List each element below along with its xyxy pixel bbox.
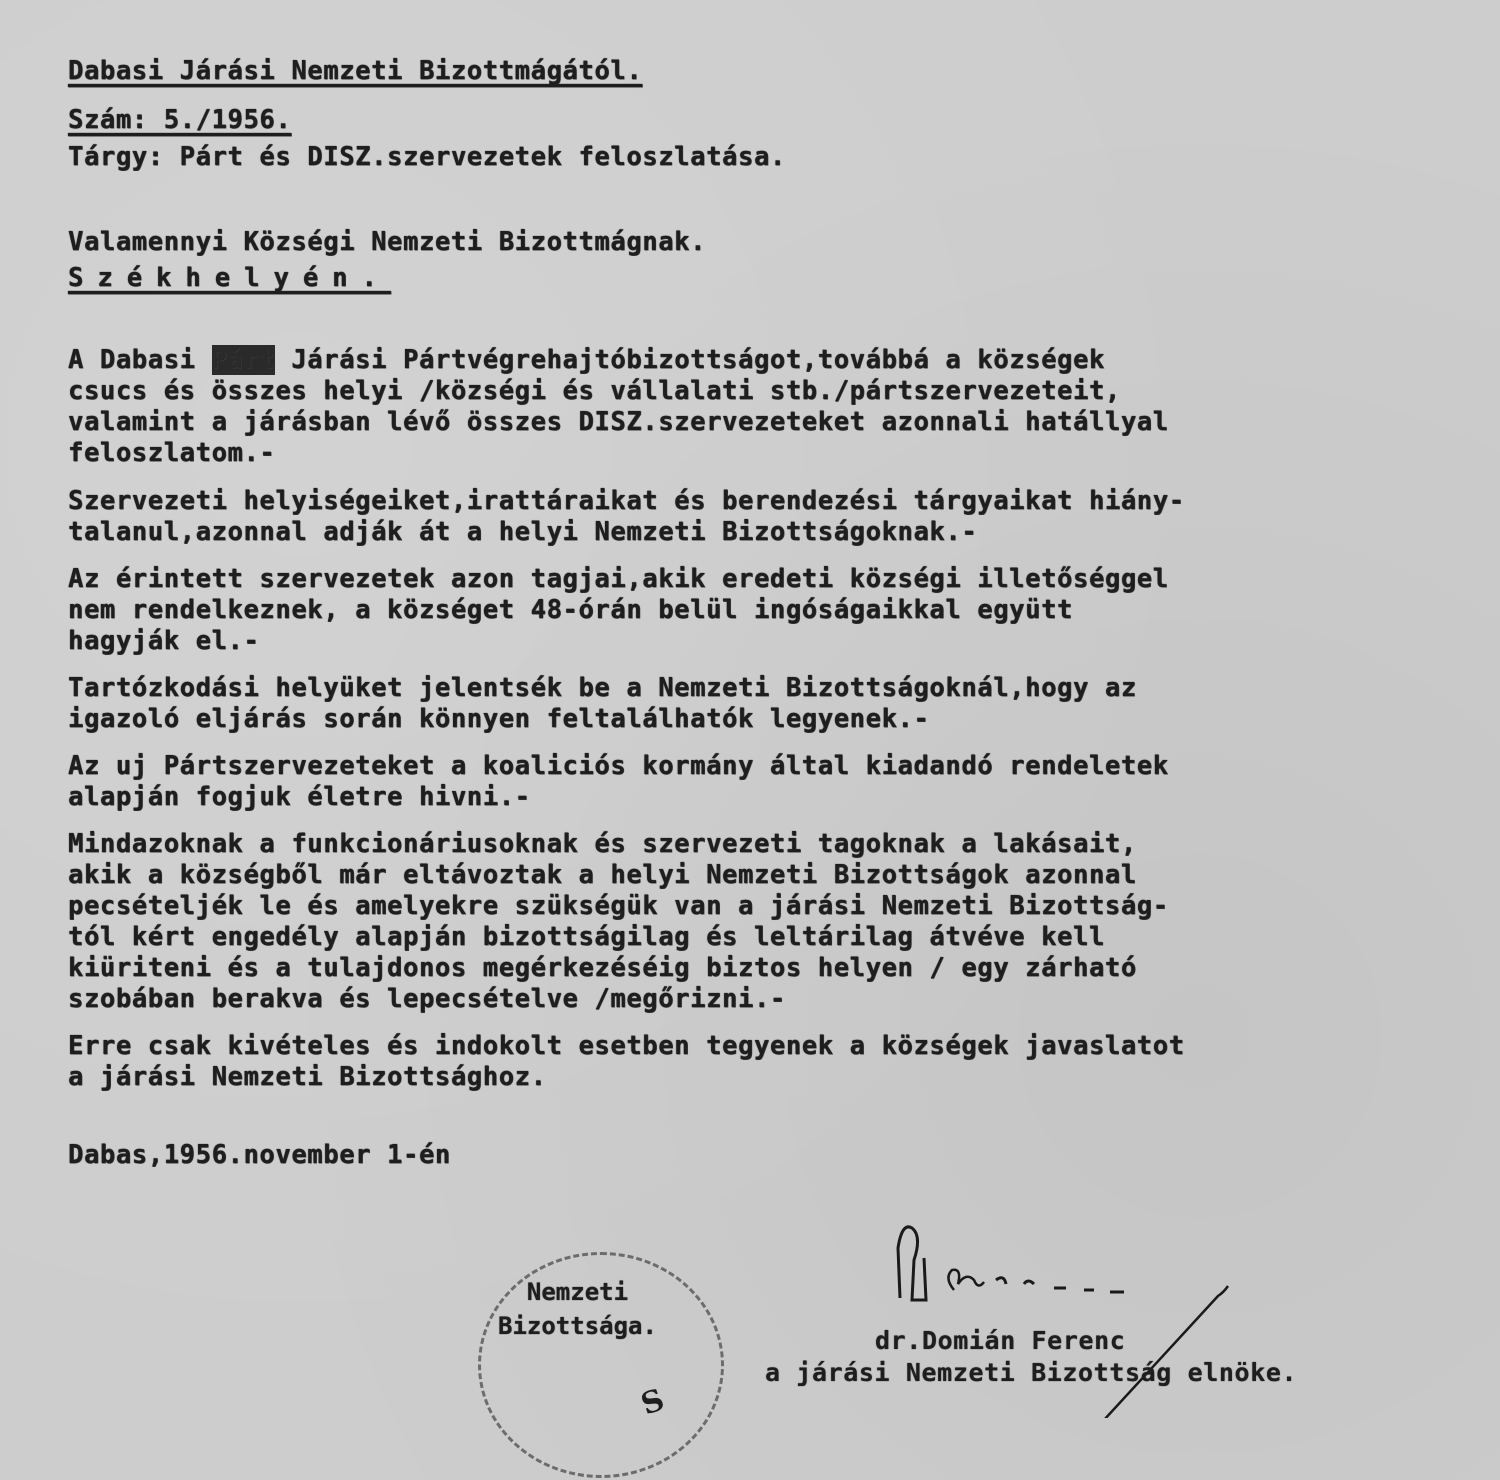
body-line: Az uj Pártszervezeteket a koaliciós korm… [68, 751, 1169, 782]
place-date: Dabas,1956.november 1-én [68, 1140, 451, 1171]
body-paragraph-2: Szervezeti helyiségeiket,irattáraikat és… [68, 486, 1185, 548]
body-line: csucs és összes helyi /községi és vállal… [68, 376, 1169, 407]
body-line: hagyják el.- [68, 626, 1169, 657]
body-line: valamint a járásban lévő összes DISZ.sze… [68, 407, 1169, 438]
body-line: a járási Nemzeti Bizottsághoz. [68, 1062, 1185, 1093]
body-line: Szervezeti helyiségeiket,irattáraikat és… [68, 486, 1185, 517]
stamp-text: Nemzeti Bizottsága. [498, 1275, 657, 1343]
body-line: akik a községből már eltávoztak a helyi … [68, 860, 1169, 891]
body-paragraph-5: Az uj Pártszervezeteket a koaliciós korm… [68, 751, 1169, 813]
body-line: talanul,azonnal adják át a helyi Nemzeti… [68, 517, 1185, 548]
subject-line: Tárgy: Párt és DISZ.szervezetek feloszla… [68, 142, 786, 173]
signatory-name: dr.Domián Ferenc [875, 1326, 1125, 1355]
body-line: alapján fogjuk életre hivni.- [68, 782, 1169, 813]
body-paragraph-3: Az érintett szervezetek azon tagjai,akik… [68, 564, 1169, 657]
addressee-line: Valamennyi Községi Nemzeti Bizottmágnak. [68, 227, 706, 258]
body-line: A Dabasi Párt Járási Pártvégrehajtóbizot… [68, 345, 1169, 376]
body-line: nem rendelkeznek, a községet 48-órán bel… [68, 595, 1169, 626]
body-line: igazoló eljárás során könnyen feltalálha… [68, 704, 1137, 735]
body-paragraph-1: A Dabasi Párt Járási Pártvégrehajtóbizot… [68, 345, 1169, 469]
document-paper [0, 0, 1500, 1480]
sender-line: Dabasi Járási Nemzeti Bizottmágától. [68, 56, 642, 87]
body-line: Az érintett szervezetek azon tagjai,akik… [68, 564, 1169, 595]
body-line: szobában berakva és lepecsételve /megőri… [68, 984, 1169, 1015]
body-line: feloszlatom.- [68, 438, 1169, 469]
stamp-line-2: Bizottsága. [498, 1312, 657, 1340]
body-line: Tartózkodási helyüket jelentsék be a Nem… [68, 673, 1137, 704]
addressee-location: Székhelyén. [68, 263, 391, 294]
body-line: kiüriteni és a tulajdonos megérkezéséig … [68, 953, 1169, 984]
handwritten-signature [888, 1218, 1248, 1418]
document-number: Szám: 5./1956. [68, 105, 291, 136]
struck-out-word: Párt [212, 345, 276, 375]
body-line: tól kért engedély alapján bizottságilag … [68, 922, 1169, 953]
body-paragraph-6: Mindazoknak a funkcionáriusoknak és szer… [68, 829, 1169, 1015]
body-paragraph-4: Tartózkodási helyüket jelentsék be a Nem… [68, 673, 1137, 735]
body-line: Mindazoknak a funkcionáriusoknak és szer… [68, 829, 1169, 860]
signatory-title: a járási Nemzeti Bizottság elnöke. [765, 1358, 1297, 1387]
body-paragraph-7: Erre csak kivételes és indokolt esetben … [68, 1031, 1185, 1093]
body-line: Erre csak kivételes és indokolt esetben … [68, 1031, 1185, 1062]
stamp-line-1: Nemzeti [527, 1278, 628, 1306]
body-line: pecsételjék le és amelyekre szükségük va… [68, 891, 1169, 922]
